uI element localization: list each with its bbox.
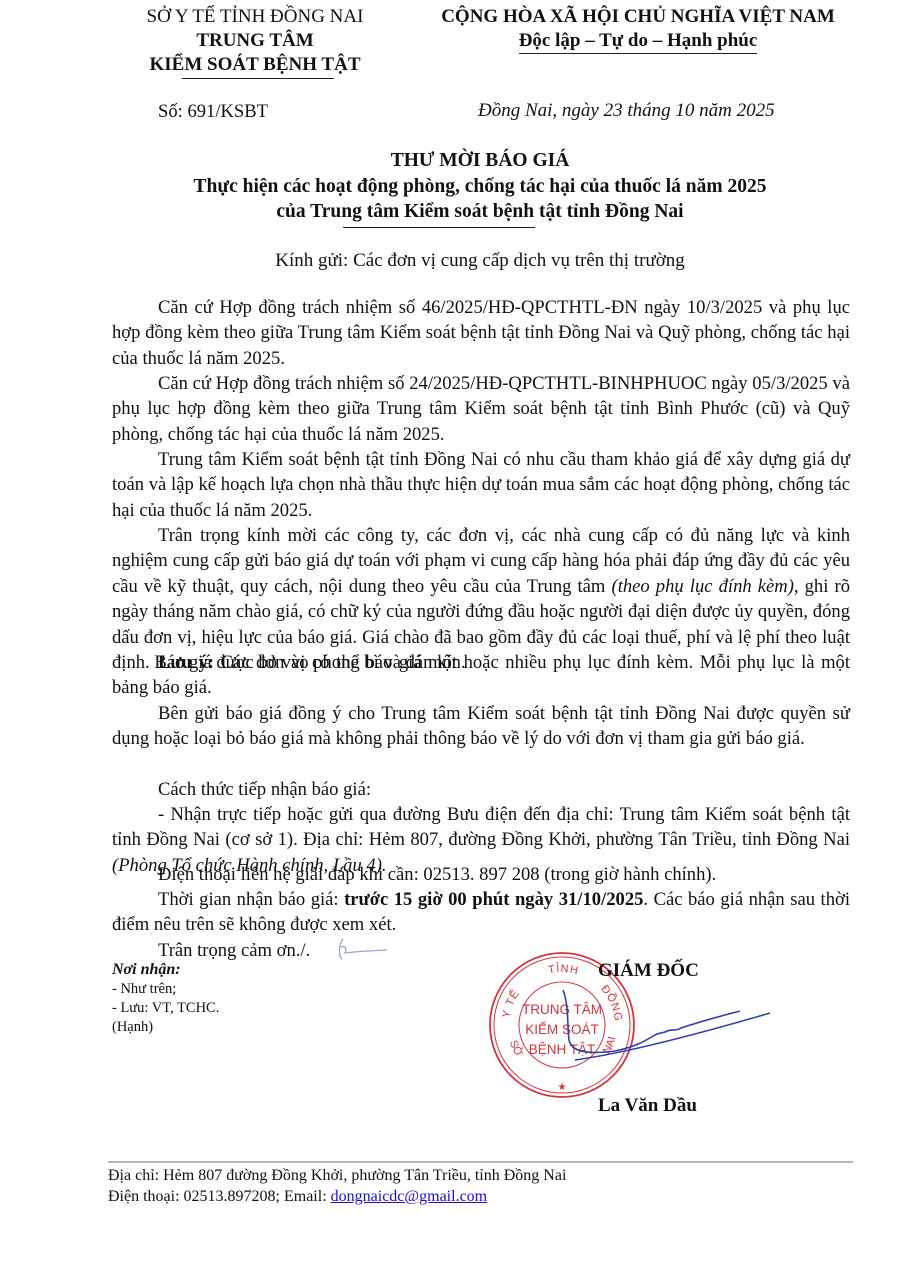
- letter-title: THƯ MỜI BÁO GIÁ Thực hiện các hoạt động …: [100, 148, 860, 225]
- signer-name: La Văn Dầu: [598, 1095, 697, 1117]
- paragraph-phone: Điện thoại liên hệ giải đáp khi cần: 025…: [112, 862, 850, 887]
- paragraph-thanks: Trân trọng cảm ơn./.: [112, 938, 850, 963]
- paragraph-note: Lưu ý: Các đơn vị có thể báo giá một hoặ…: [112, 650, 850, 701]
- agency-underline: [182, 78, 334, 79]
- svg-text:SỞ: SỞ: [507, 1039, 526, 1059]
- title-underline: [343, 227, 535, 228]
- footer-divider: [108, 1161, 853, 1163]
- paragraph-contract-1: Căn cứ Hợp đồng trách nhiệm số 46/2025/H…: [112, 295, 850, 371]
- recipients-title: Nơi nhận:: [112, 960, 219, 980]
- national-title: CỘNG HÒA XÃ HỘI CHỦ NGHĨA VIỆT NAM: [388, 5, 888, 29]
- svg-text:Y TẾ: Y TẾ: [500, 987, 522, 1019]
- agency-name-line2: KIỂM SOÁT BỆNH TẬT: [100, 53, 410, 77]
- footer-contact: Điện thoại: 02513.897208; Email: dongnai…: [108, 1186, 566, 1207]
- svg-text:TỈNH: TỈNH: [547, 962, 580, 977]
- title-main: THƯ MỜI BÁO GIÁ: [100, 148, 860, 174]
- national-motto: Độc lập – Tự do – Hạnh phúc: [388, 29, 888, 53]
- handwritten-signature-icon: [555, 985, 785, 1075]
- signer-position: GIÁM ĐỐC: [598, 960, 699, 982]
- agency-name-line1: TRUNG TÂM: [100, 29, 410, 53]
- recipient-line: Kính gửi: Các đơn vị cung cấp dịch vụ tr…: [100, 250, 860, 272]
- document-date: Đồng Nai, ngày 23 tháng 10 năm 2025: [478, 100, 775, 122]
- email-link[interactable]: dongnaicdc@gmail.com: [331, 1188, 487, 1205]
- svg-text:★: ★: [558, 1082, 567, 1093]
- document-number: Số: 691/KSBT: [158, 101, 268, 123]
- title-sub-1: Thực hiện các hoạt động phòng, chống tác…: [100, 174, 860, 200]
- footer: Địa chỉ: Hẻm 807 đường Đồng Khởi, phường…: [108, 1165, 566, 1207]
- recipient-item: (Hạnh): [112, 1018, 219, 1037]
- paragraph-consent: Bên gửi báo giá đồng ý cho Trung tâm Kiể…: [112, 701, 850, 752]
- agency-parent: SỞ Y TẾ TỈNH ĐỒNG NAI: [100, 5, 410, 29]
- initial-signature-icon: [335, 935, 395, 965]
- paragraph-need: Trung tâm Kiểm soát bệnh tật tỉnh Đồng N…: [112, 447, 850, 523]
- footer-address: Địa chỉ: Hẻm 807 đường Đồng Khởi, phường…: [108, 1165, 566, 1186]
- paragraph-method-label: Cách thức tiếp nhận báo giá:: [112, 777, 850, 802]
- title-sub-2: của Trung tâm Kiểm soát bệnh tật tỉnh Đồ…: [100, 199, 860, 225]
- recipients-block: Nơi nhận: - Như trên; - Lưu: VT, TCHC. (…: [112, 960, 219, 1037]
- recipient-item: - Lưu: VT, TCHC.: [112, 999, 219, 1018]
- recipient-item: - Như trên;: [112, 980, 219, 999]
- agency-header: SỞ Y TẾ TỈNH ĐỒNG NAI TRUNG TÂM KIỂM SOÁ…: [100, 5, 410, 77]
- national-header: CỘNG HÒA XÃ HỘI CHỦ NGHĨA VIỆT NAM Độc l…: [388, 5, 888, 53]
- paragraph-contract-2: Căn cứ Hợp đồng trách nhiệm số 24/2025/H…: [112, 371, 850, 447]
- paragraph-deadline: Thời gian nhận báo giá: trước 15 giờ 00 …: [112, 887, 850, 938]
